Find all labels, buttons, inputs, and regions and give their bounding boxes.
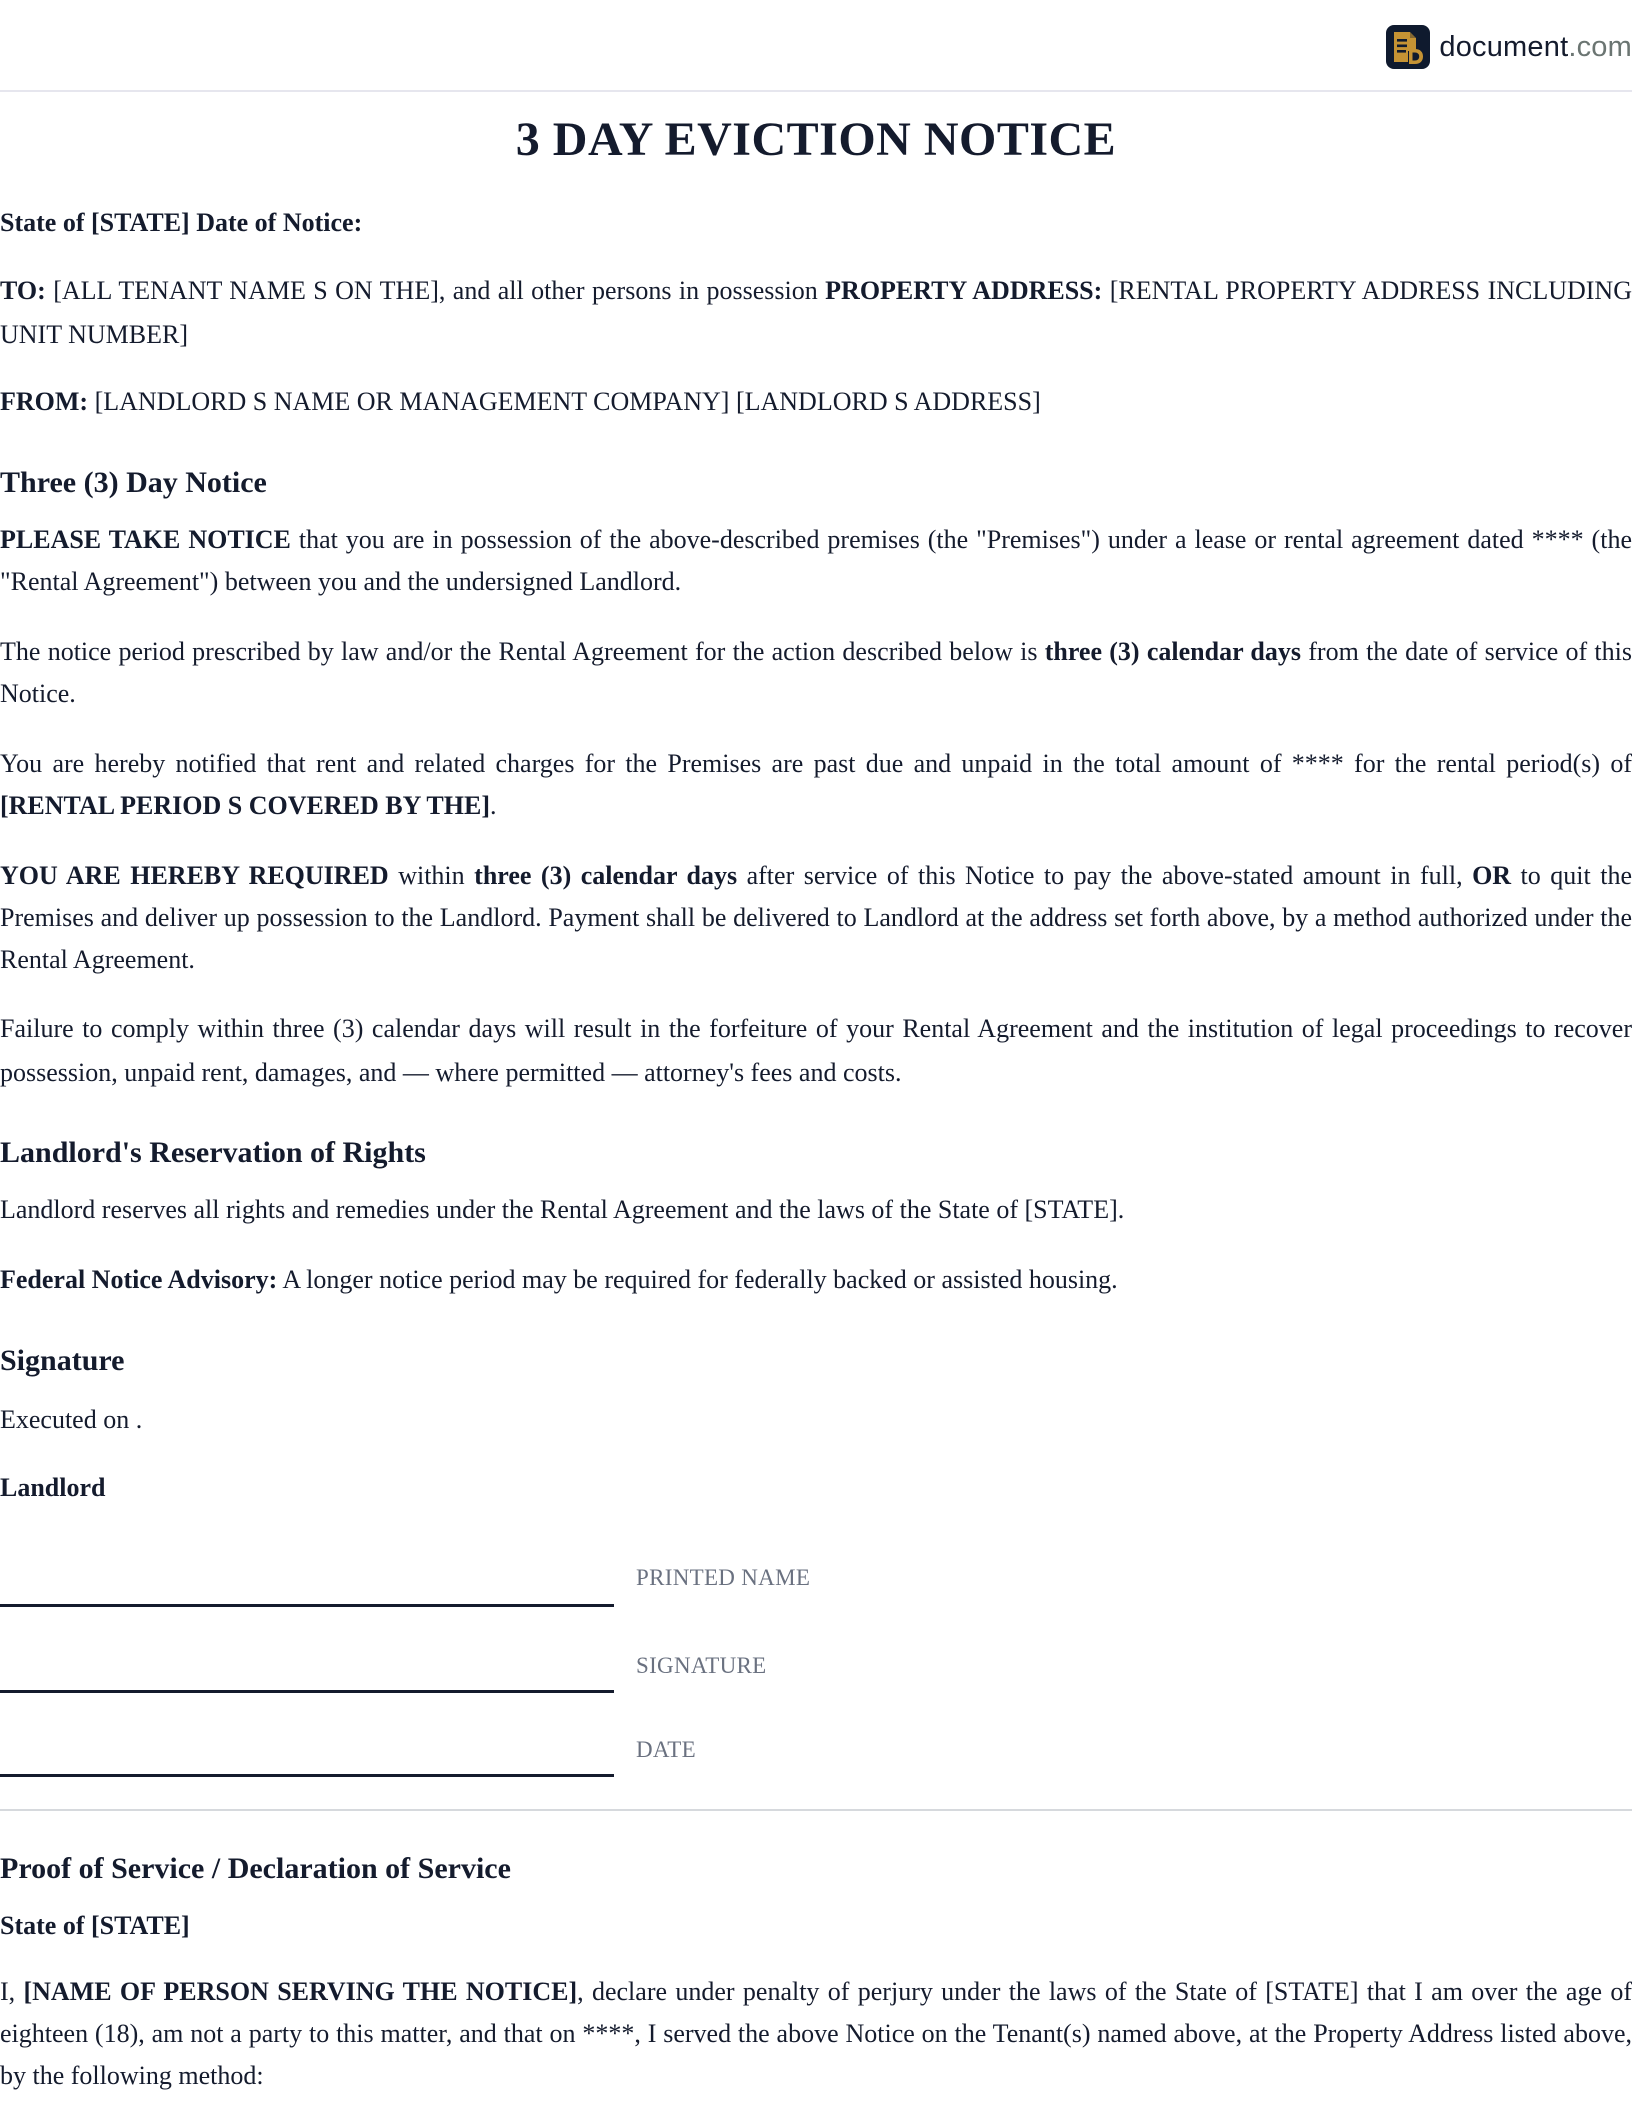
section-heading-reservation-of-rights: Landlord's Reservation of Rights <box>0 1133 1632 1173</box>
signatory-party: Landlord <box>0 1467 1632 1509</box>
property-address-label: PROPERTY ADDRESS: <box>825 276 1102 305</box>
from-label: FROM: <box>0 387 88 416</box>
rights-paragraph: Landlord reserves all rights and remedie… <box>0 1189 1632 1231</box>
notice-paragraph-2: The notice period prescribed by law and/… <box>0 631 1632 715</box>
top-bar: document.com <box>0 0 1632 92</box>
signature-block: PRINTED NAME SIGNATURE DATE <box>0 1513 1632 1777</box>
notice-paragraph-4: YOU ARE HEREBY REQUIRED within three (3)… <box>0 855 1632 981</box>
printed-name-field[interactable]: PRINTED NAME <box>0 1513 1632 1607</box>
executed-on: Executed on . <box>0 1399 1632 1441</box>
printed-name-label: PRINTED NAME <box>636 1557 810 1599</box>
proof-declaration-paragraph: I, [NAME OF PERSON SERVING THE NOTICE], … <box>0 1971 1632 2097</box>
to-paragraph: TO: [ALL TENANT NAME S ON THE], and all … <box>0 269 1632 357</box>
proof-state-line: State of [STATE] <box>0 1905 1632 1947</box>
brand-name: document.com <box>1439 31 1632 64</box>
state-date-line: State of [STATE] Date of Notice: <box>0 202 1632 244</box>
section-divider <box>0 1809 1632 1811</box>
signature-label: SIGNATURE <box>636 1645 766 1687</box>
document-body: 3 DAY EVICTION NOTICE State of [STATE] D… <box>0 92 1632 2097</box>
to-label: TO: <box>0 276 46 305</box>
date-field[interactable]: DATE <box>0 1693 1632 1777</box>
from-paragraph: FROM: [LANDLORD S NAME OR MANAGEMENT COM… <box>0 381 1632 423</box>
brand-logo[interactable]: document.com <box>1386 25 1632 69</box>
date-label: DATE <box>636 1729 696 1771</box>
document-title: 3 DAY EVICTION NOTICE <box>0 92 1632 170</box>
notice-paragraph-3: You are hereby notified that rent and re… <box>0 743 1632 827</box>
federal-advisory: Federal Notice Advisory: A longer notice… <box>0 1259 1632 1301</box>
section-heading-three-day-notice: Three (3) Day Notice <box>0 463 1632 503</box>
notice-paragraph-1: PLEASE TAKE NOTICE that you are in posse… <box>0 519 1632 603</box>
document-logo-icon <box>1386 25 1430 69</box>
notice-paragraph-5: Failure to comply within three (3) calen… <box>0 1007 1632 1095</box>
section-heading-proof-of-service: Proof of Service / Declaration of Servic… <box>0 1849 1632 1889</box>
section-heading-signature: Signature <box>0 1341 1632 1381</box>
date-line[interactable] <box>0 1774 614 1777</box>
signature-field[interactable]: SIGNATURE <box>0 1607 1632 1693</box>
